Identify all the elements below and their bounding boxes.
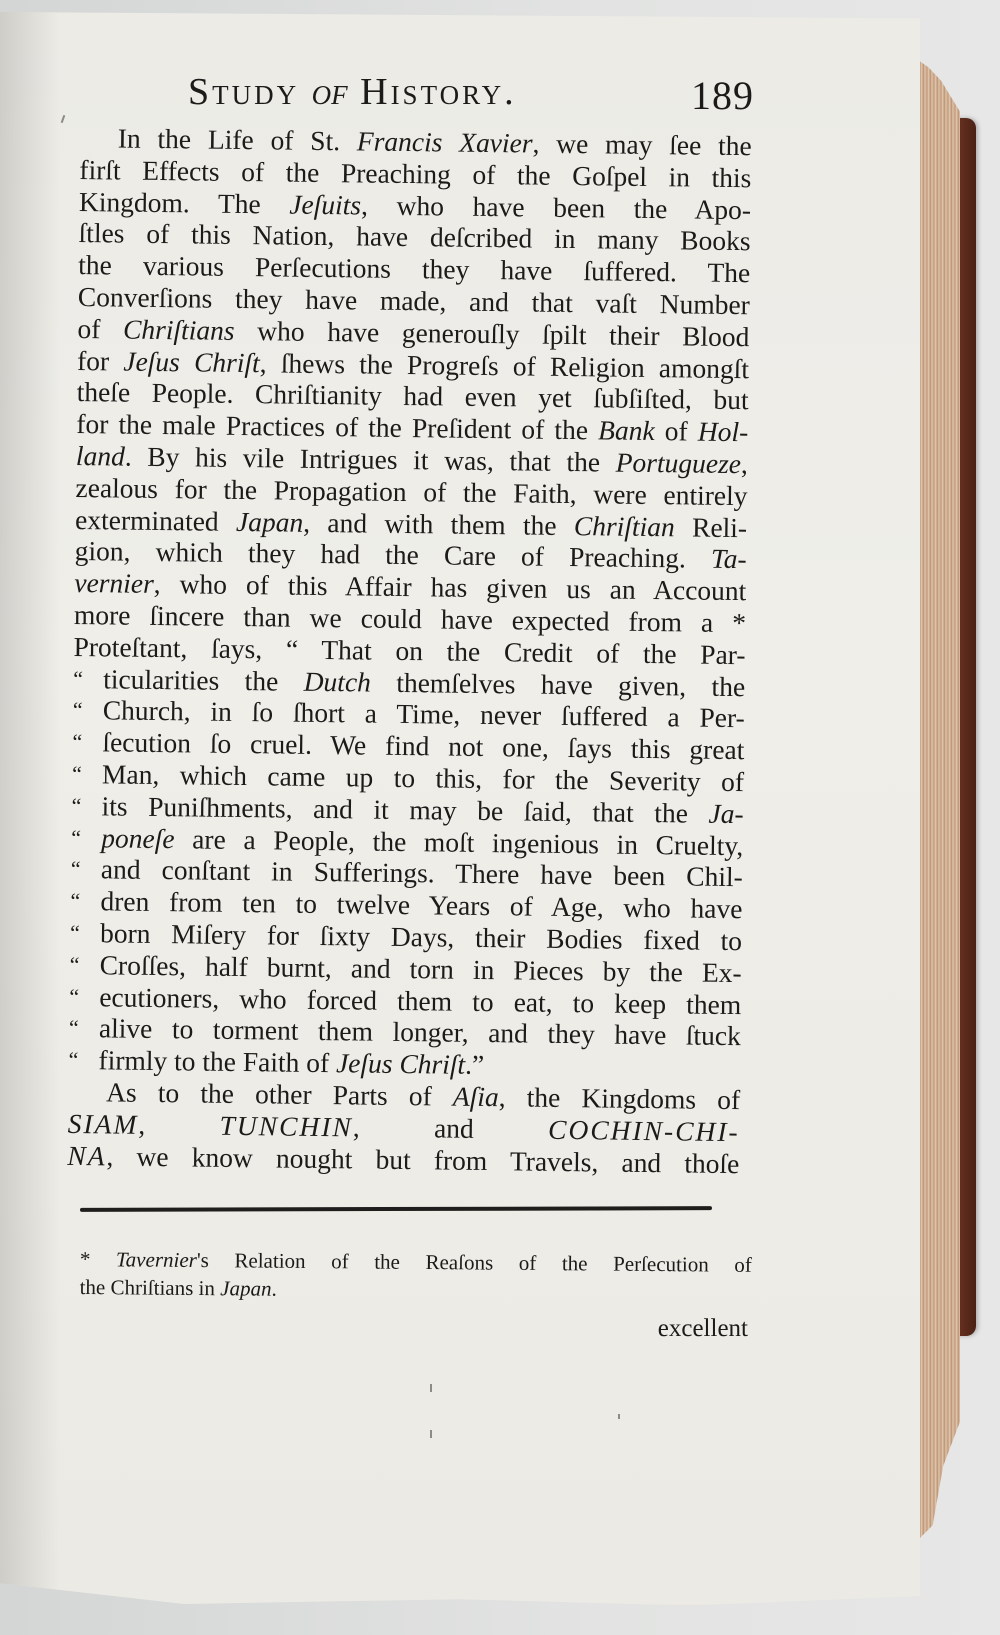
text-segment: In the Life of St.	[118, 122, 357, 156]
book-photo: Study of History. 189 In the Life of St.…	[0, 0, 1000, 1635]
footnote: * Tavernier's Relation of the Reaſons of…	[80, 1245, 752, 1307]
quotation-mark: “	[68, 1044, 98, 1076]
quotation-mark: “	[70, 885, 100, 917]
text-segment: themſelves have given, the	[371, 666, 746, 702]
text-segment: , we know nought but from Travels, and t…	[106, 1140, 739, 1179]
text-segment: of	[77, 313, 123, 345]
quotation-mark: “	[69, 980, 99, 1012]
text-segment: the Chriſtians in	[80, 1275, 221, 1300]
text-segment: , the Kingdoms of	[499, 1081, 741, 1115]
text-segment: Kingdom. The	[79, 186, 290, 220]
italic-text: Dutch	[304, 665, 372, 697]
italic-caps-text: NA	[67, 1139, 107, 1170]
footnote-rule	[80, 1206, 712, 1212]
italic-caps-text: SIAM	[68, 1108, 139, 1140]
text-segment: Reli-	[675, 511, 748, 543]
running-head: Study of History. 189	[80, 70, 752, 122]
text-segment: , and with them the	[303, 506, 574, 540]
italic-text: Ja-	[708, 797, 744, 828]
italic-text: Hol-	[698, 416, 749, 448]
page-text: Study of History. 189 In the Life of St.…	[80, 70, 752, 1343]
text-line: the Chriſtians in Japan.	[80, 1273, 752, 1307]
title-part-1: Study	[188, 71, 312, 113]
quotation-mark: “	[71, 853, 101, 885]
italic-text: Aſia	[453, 1081, 499, 1113]
text-segment: , ſhews the Progreſs of Religion amongſt	[260, 347, 750, 384]
italic-text: vernier	[74, 567, 154, 599]
quotation-mark: “	[70, 917, 100, 949]
text-segment: .	[271, 1277, 276, 1301]
italic-text: Ta-	[711, 543, 747, 574]
text-segment: . By his vile Intrigues it was, that the	[125, 441, 616, 478]
book-page: Study of History. 189 In the Life of St.…	[0, 12, 920, 1612]
text-segment: exterminated	[75, 504, 236, 537]
italic-text: Francis Xavier	[357, 125, 533, 158]
italic-text: land	[76, 440, 125, 472]
text-segment: , who have been the Apo-	[361, 189, 751, 225]
text-segment: , we may ſee the	[532, 128, 752, 162]
title-part-2: History.	[348, 71, 517, 113]
quotation-mark: “	[72, 726, 102, 758]
quotation-mark: “	[70, 949, 100, 981]
italic-text: Tavernier	[116, 1248, 197, 1273]
body-text: In the Life of St. Francis Xavier, we ma…	[67, 122, 752, 1179]
text-segment: who have generouſly ſpilt their Blood	[234, 315, 749, 352]
text-segment: As to the other Parts of	[106, 1076, 453, 1111]
text-segment: ,	[138, 1108, 220, 1140]
quotation-mark: “	[72, 758, 102, 790]
text-segment: of	[654, 415, 698, 447]
italic-text: Jeſus Chriſt	[123, 345, 260, 378]
italic-caps-text: COCHIN-CHI-	[548, 1113, 740, 1146]
text-segment: firmly to the Faith of	[98, 1044, 336, 1078]
italic-text: Bank	[598, 415, 655, 447]
title-italic: of	[312, 71, 348, 113]
text-segment: for	[77, 345, 124, 377]
text-segment: .”	[465, 1049, 484, 1080]
quotation-mark: “	[73, 694, 103, 726]
quotation-mark: “	[71, 790, 101, 822]
catchword: excellent	[80, 1315, 752, 1343]
text-segment: ,	[741, 448, 748, 479]
quotation-mark: “	[73, 663, 103, 695]
quotation-mark: “	[71, 821, 101, 853]
italic-text: Jeſus Chriſt	[336, 1047, 465, 1080]
page-number: 189	[691, 72, 754, 119]
italic-caps-text: TUNCHIN	[219, 1109, 353, 1142]
text-segment: ticularities the	[103, 663, 304, 696]
italic-text: Portugueze	[616, 447, 742, 480]
text-segment: , and	[353, 1111, 549, 1144]
quotation-mark: “	[69, 1012, 99, 1044]
page-fore-edges	[918, 60, 960, 1540]
italic-text: Chriſtian	[574, 510, 675, 542]
text-segment: *	[80, 1247, 116, 1271]
italic-text: Jeſuits	[289, 188, 361, 220]
text-line: NA, we know nought but from Travels, and…	[67, 1139, 739, 1179]
italic-text: Chriſtians	[123, 313, 235, 345]
running-head-title: Study of History.	[188, 70, 517, 114]
italic-text: poneſe	[101, 822, 175, 854]
text-segment: 's Relation of the Reaſons of the Perſec…	[197, 1248, 752, 1277]
italic-text: Japan	[236, 505, 304, 537]
italic-text: Japan	[220, 1277, 272, 1301]
